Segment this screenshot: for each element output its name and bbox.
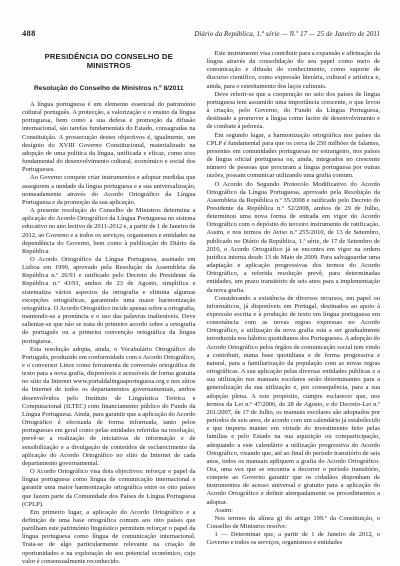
running-header: 488 Diário da República, 1.ª série — N.º… (22, 28, 380, 38)
paragraph: O Acordo Ortográfico visa dois objectivo… (22, 468, 196, 509)
paragraph: Esta resolução adopta, ainda, o Vocabulá… (22, 346, 196, 468)
right-paragraphs: Este instrumento visa contribuir para a … (207, 50, 381, 548)
paragraph: 1 — Determinar que, a partir de 1 de Jan… (207, 531, 381, 547)
paragraph: Nos termos da alínea g) do artigo 199.º … (207, 515, 381, 531)
column-left: PRESIDÊNCIA DO CONSELHO DE MINISTROS Res… (22, 50, 196, 566)
section-title: PRESIDÊNCIA DO CONSELHO DE MINISTROS (22, 52, 196, 70)
column-right: Este instrumento visa contribuir para a … (207, 50, 381, 548)
paragraph: Em primeiro lugar, a aplicação do Acordo… (22, 509, 196, 566)
page-number: 488 (22, 28, 36, 38)
paragraph: Este instrumento visa contribuir para a … (207, 50, 381, 91)
two-column-body: PRESIDÊNCIA DO CONSELHO DE MINISTROS Res… (22, 50, 380, 566)
paragraph: A língua portuguesa é um elemento essenc… (22, 101, 196, 174)
resolution-title: Resolução do Conselho de Ministros n.º 8… (22, 85, 196, 92)
paragraph: Assim: (207, 507, 381, 515)
left-paragraphs: A língua portuguesa é um elemento essenc… (22, 101, 196, 566)
paragraph: Em segundo lugar, a harmonização ortográ… (207, 132, 381, 181)
paragraph: Deve referir-se que a cooperação no seio… (207, 91, 381, 132)
paragraph: A presente resolução do Conselho de Mini… (22, 207, 196, 256)
edition-header: Diário da República, 1.ª série — N.º 17 … (194, 31, 380, 38)
gazette-page: 488 Diário da República, 1.ª série — N.º… (0, 0, 400, 566)
paragraph: Ao Governo compete criar instrumentos e … (22, 174, 196, 207)
paragraph: O Acordo Ortográfico da Língua Portugues… (22, 256, 196, 346)
paragraph: O Acordo do Segundo Protocolo Modificati… (207, 181, 381, 295)
paragraph: Considerando a existência de diversos re… (207, 295, 381, 507)
